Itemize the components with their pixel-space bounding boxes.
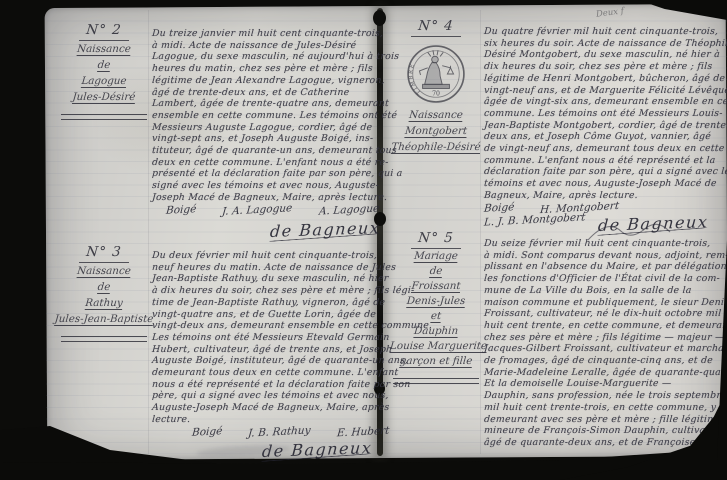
entry-number: N° 2 xyxy=(53,22,154,38)
number-underline xyxy=(411,36,461,37)
margin-block-entry-3: N° 3 NaissancedeRathuyJules-Jean-Baptist… xyxy=(54,244,154,342)
entry-number: N° 3 xyxy=(53,244,154,260)
act-text-line: Jean-Baptiste Rathuy, du sexe masculin, … xyxy=(152,273,377,285)
act-text-line: vingt-quatre ans, et de Guette Lorin, âg… xyxy=(152,309,377,321)
margin-block-entry-2: N° 2 NaissancedeLagogueJules-Désiré xyxy=(54,22,154,120)
margin-block-entry-5: N° 5 MariagedeFroissantDenis-JulesetDaup… xyxy=(390,230,482,384)
signature-row: BoigéJ. A. LagogueA. Lagogue xyxy=(152,204,376,216)
act-text-line: à midi. Acte de naissance de Jules-Désir… xyxy=(152,40,377,52)
act-text-line: Jean-Baptiste Montgobert, cordier, âgé d… xyxy=(484,120,725,132)
act-text-line: mineure de François-Simon Dauphin, culti… xyxy=(484,425,727,437)
act-text-line: Jacques-Gilbert Froissant, cultivateur e… xyxy=(484,343,727,355)
act-text-line: à midi. Sont comparus devant nous, adjoi… xyxy=(484,250,727,262)
svg-text:TIMBRE: TIMBRE xyxy=(408,62,422,95)
act-text-line: deux en cette commune. L'enfant nous a é… xyxy=(152,157,377,169)
ink-flourish xyxy=(584,222,674,246)
act-text-line: Auguste-Joseph Macé de Bagneux, Maire, a… xyxy=(152,402,377,414)
margin-title-line: Montgobert xyxy=(389,123,482,139)
register-right-page: N° 4 TIMBRE xyxy=(384,6,727,458)
margin-title: NaissancedeLagogueJules-Désiré xyxy=(54,41,154,105)
act-text-line: Du treize janvier mil huit cent cinquant… xyxy=(152,28,377,40)
act-text-line: les fonctions d'Officier de l'État civil… xyxy=(484,273,727,285)
act-text-line: Messieurs Auguste Lagogue, cordier, âgé … xyxy=(152,122,377,134)
act-text-line: nous a été représenté et la déclaration … xyxy=(152,379,377,391)
entry-number: N° 5 xyxy=(389,230,482,246)
margin-title: MariagedeFroissantDenis-JulesetDauphinLo… xyxy=(390,249,482,369)
signatures-entry-2: BoigéJ. A. LagogueA. Lagogue de Bagneux xyxy=(152,204,376,239)
act-text-entry-2: Du treize janvier mil huit cent cinquant… xyxy=(152,28,376,204)
act-text-line: commune. Les témoins ont été Messieurs L… xyxy=(484,108,725,120)
margin-block-entry-4: N° 4 TIMBRE xyxy=(390,18,482,155)
register-left-page: N° 2 NaissancedeLagogueJules-Désiré Du t… xyxy=(46,6,380,458)
margin-title-line: de xyxy=(389,264,482,279)
margin-title: NaissancedeRathuyJules-Jean-Baptiste xyxy=(54,263,154,327)
act-text-line: ensemble en cette commune. Les témoins o… xyxy=(152,110,377,122)
act-text-line: deux ans, et Joseph Côme Guyot, vannier,… xyxy=(484,131,725,143)
margin-title-line: Jules-Jean-Baptiste xyxy=(53,311,154,327)
fiscal-stamp-icon: TIMBRE 70 xyxy=(405,43,467,105)
act-text-line: Lambert, âgée de trente-quatre ans, deme… xyxy=(152,98,377,110)
act-text-line: vingt-neuf ans, et de Marguerite Félicit… xyxy=(484,85,725,97)
act-text-line: dix heures du soir, chez ses père et mèr… xyxy=(484,61,725,73)
act-text-line: huit cent trente, en cette commune, et d… xyxy=(484,320,727,332)
margin-title-line: Denis-Jules xyxy=(389,294,482,309)
margin-title-line: Théophile-Désiré xyxy=(389,139,482,155)
act-text-line: Et la demoiselle Louise-Marguerite — xyxy=(484,378,727,390)
signature-row: BoigéJ. B. RathuyE. Hubert xyxy=(152,426,376,438)
margin-title-line: Naissance xyxy=(53,263,154,279)
margin-title-line: Naissance xyxy=(53,41,154,57)
act-text-line: maison commune et publiquement, le sieur… xyxy=(484,297,727,309)
act-text-line: Hubert, cultivateur, âgé de trente ans, … xyxy=(152,344,377,356)
entry-separator-rule xyxy=(393,378,479,384)
margin-title-line: Jules-Désiré xyxy=(53,89,154,105)
act-text-line: Du quatre février mil huit cent cinquant… xyxy=(484,26,725,38)
stamp-ring-label: TIMBRE xyxy=(408,62,422,95)
act-text-entry-3: Du deux février mil huit cent cinquante-… xyxy=(152,250,376,426)
margin-title-line: garçon et fille xyxy=(389,354,482,369)
margin-title-line: Dauphin xyxy=(389,324,482,339)
margin-title-line: Lagogue xyxy=(53,73,154,89)
register-photo: Deux f N° 2 NaissancedeLagogueJules-Dési… xyxy=(0,0,727,480)
act-text-line: chez ses père et mère ; fils légitime — … xyxy=(484,332,727,344)
act-text-line: Désiré Montgobert, du sexe masculin, né … xyxy=(484,49,725,61)
signature: Boigé xyxy=(191,425,222,439)
act-text-entry-4: Du quatre février mil huit cent cinquant… xyxy=(484,26,724,202)
act-text-line: légitime de Jean Alexandre Lagogue, vign… xyxy=(152,75,377,87)
margin-title-line: Mariage xyxy=(389,249,482,264)
entry-separator-rule xyxy=(61,336,147,342)
margin-title-line: de xyxy=(53,279,154,295)
act-text-entry-5: Du seize février mil huit cent cinquante… xyxy=(484,238,726,449)
mayor-signature: de Bagneux xyxy=(269,218,381,240)
stamp-denomination: 70 xyxy=(432,91,440,98)
act-text-line: heures du matin, chez ses père et mère ;… xyxy=(152,63,377,75)
act-text-line: lecture. xyxy=(152,414,377,426)
act-text-line: Lagogue, du sexe masculin, né aujourd'hu… xyxy=(152,51,377,63)
act-text-line: de fromages, âgé de cinquante-cinq ans, … xyxy=(484,355,727,367)
signature: Boigé xyxy=(165,203,196,217)
act-text-line: Les témoins ont été Messieurs Etevald Ge… xyxy=(152,332,377,344)
margin-title-line: Louise Marguerite xyxy=(389,339,482,354)
act-text-line: présenté et la déclaration faite par son… xyxy=(152,168,377,180)
act-text-line: à dix heures du soir, chez ses père et m… xyxy=(152,285,377,297)
signature: J. B. Rathuy xyxy=(248,424,312,439)
act-text-line: vingt-deux ans, demeurant ensemble en ce… xyxy=(152,320,377,332)
margin-title-line: et xyxy=(389,309,482,324)
signature: Boigé xyxy=(483,201,514,215)
entry-number: N° 4 xyxy=(389,18,482,34)
act-text-line: demeurant tous deux en cette commune. L'… xyxy=(152,367,377,379)
entry-separator-rule xyxy=(61,114,147,120)
act-text-line: time de Jean-Baptiste Rathuy, vigneron, … xyxy=(152,297,377,309)
margin-title-line: Rathuy xyxy=(53,295,154,311)
act-text-line: demeurant avec ses père et mère ; fille … xyxy=(484,414,727,426)
margin-title-line: Naissance xyxy=(389,107,482,123)
act-text-line: âgé de trente-deux ans, et de Catherine xyxy=(152,87,377,99)
margin-title-line: Froissant xyxy=(389,279,482,294)
act-text-line: tituteur, âgé de quarante-un ans, demeur… xyxy=(152,145,377,157)
act-text-line: Auguste Boigé, instituteur, âgé de quara… xyxy=(152,355,377,367)
act-text-line: Joseph Macé de Bagneux, Maire, après lec… xyxy=(152,192,377,204)
act-text-line: commune. L'enfant nous a été représenté … xyxy=(484,155,725,167)
margin-title-line: de xyxy=(53,57,154,73)
signature: J. A. Lagogue xyxy=(222,202,293,218)
act-text-line: plissant en l'absence du Maire, et par d… xyxy=(484,261,727,273)
act-text-line: légitime de Henri Montgobert, bûcheron, … xyxy=(484,73,725,85)
signature: A. Lagogue xyxy=(318,202,379,217)
act-text-line: vingt-sept ans, et Joseph Auguste Boigé,… xyxy=(152,133,377,145)
act-text-line: Du deux février mil huit cent cinquante-… xyxy=(152,250,377,262)
act-text-line: témoins et avec nous, Auguste-Joseph Mac… xyxy=(484,178,725,190)
act-text-line: mune de La Ville du Bois, en la salle de… xyxy=(484,285,727,297)
margin-title: NaissanceMontgobertThéophile-Désiré xyxy=(390,107,482,155)
act-text-line: neuf heures du matin. Acte de naissance … xyxy=(152,262,377,274)
act-text-line: mil huit cent trente-trois, en cette com… xyxy=(484,402,727,414)
act-text-line: Dauphin, sans profession, née le trois s… xyxy=(484,390,727,402)
act-text-line: signé avec les témoins et avec nous, Aug… xyxy=(152,180,377,192)
act-text-line: père, qui a signé avec les témoins et av… xyxy=(152,390,377,402)
act-text-line: déclaration faite par son père, qui a si… xyxy=(484,166,725,178)
act-text-line: âgée de vingt-six ans, demeurant ensembl… xyxy=(484,96,725,108)
act-text-line: Froissant, cultivateur, né le dix-huit o… xyxy=(484,308,727,320)
act-text-line: de vingt-neuf ans, demeurant tous deux e… xyxy=(484,143,725,155)
act-text-line: six heures du soir. Acte de naissance de… xyxy=(484,38,725,50)
act-text-line: Marie-Madeleine Leralle, âgée de quarant… xyxy=(484,367,727,379)
